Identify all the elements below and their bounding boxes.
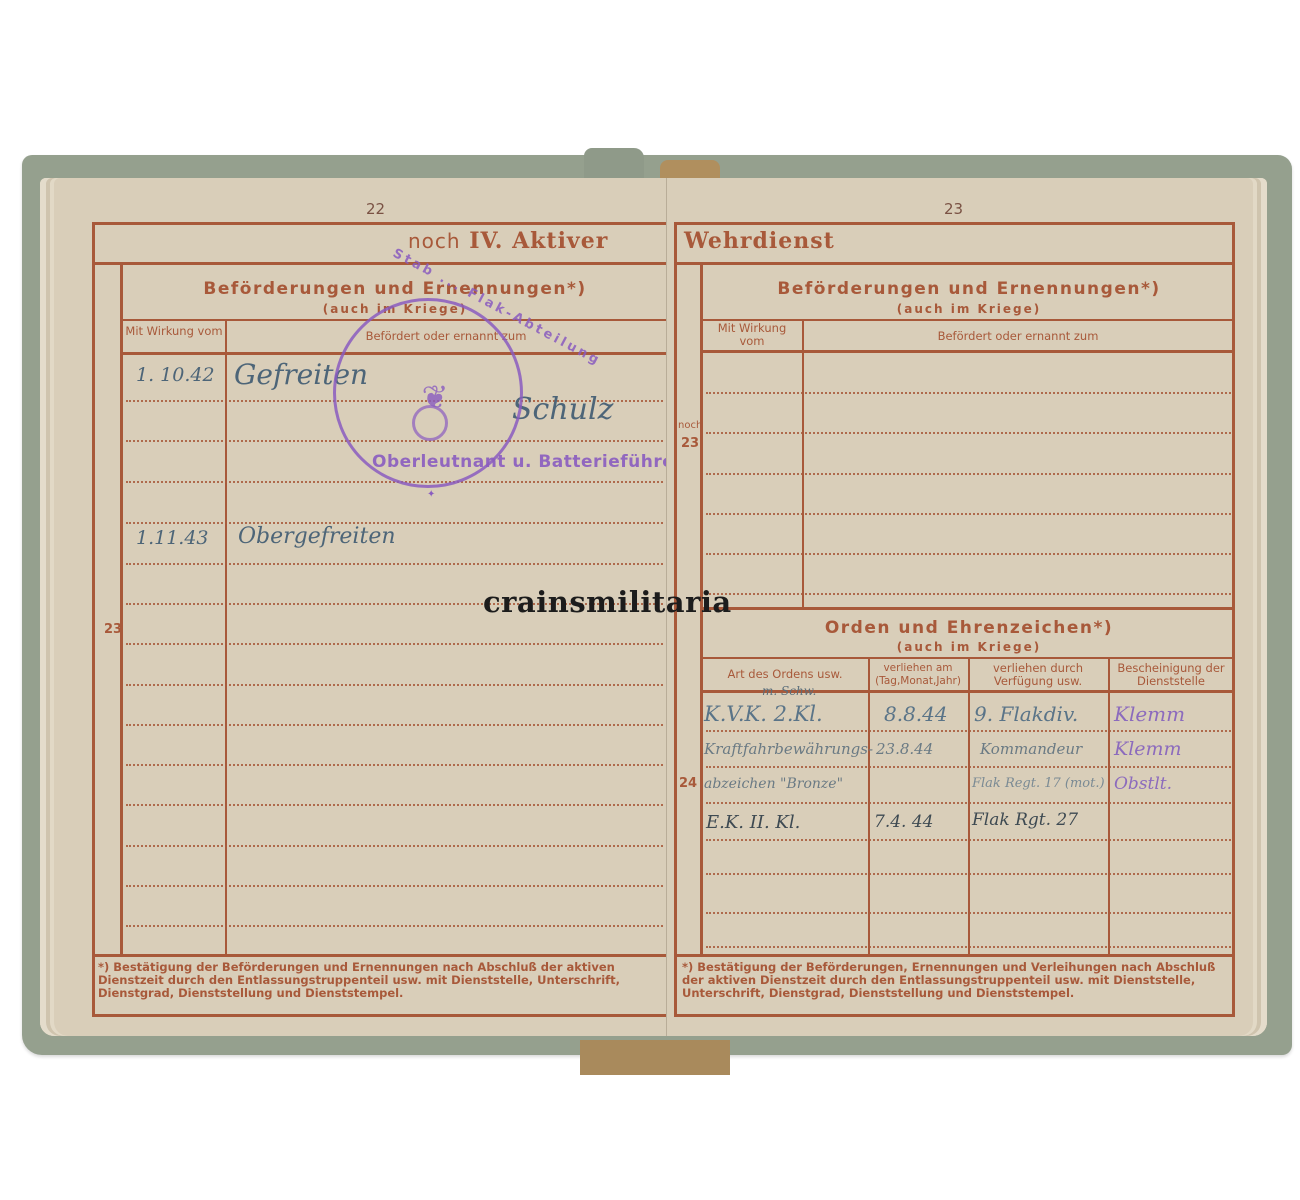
row-line	[706, 912, 1231, 914]
entry-date-2: 1.11.43	[136, 527, 209, 549]
row-line	[706, 553, 1231, 555]
row-line	[706, 873, 1231, 875]
award-2-cert: Klemm	[1114, 738, 1182, 760]
award-annotation: m. Schw.	[762, 684, 816, 698]
award-2-cert-cont: Obstlt.	[1114, 774, 1172, 794]
right-col-header-rank: Befördert oder ernannt zum	[804, 330, 1232, 343]
row-line	[706, 730, 1231, 732]
award-2-by-cont: Flak Regt. 17 (mot.)	[972, 776, 1105, 791]
left-header-title: noch IV. Aktiver	[408, 228, 608, 254]
row-line	[706, 946, 1231, 948]
left-side-number: 23	[104, 622, 122, 637]
entry-signature-1: Schulz	[512, 392, 613, 427]
right-header-title: Wehrdienst	[684, 228, 835, 254]
row-line	[706, 432, 1231, 434]
decorations-side-number: 24	[679, 776, 697, 791]
left-header-divider	[92, 262, 667, 265]
decorations-col-divider-1	[868, 658, 870, 954]
right-footnote-divider	[674, 954, 1235, 957]
stamp-officer-line: Oberleutnant u. Batterieführer	[372, 452, 683, 472]
right-col-header-date: Mit Wirkung vom	[704, 322, 800, 348]
entry-date-1: 1. 10.42	[136, 364, 215, 386]
award-2-name: Kraftfahrbewährungs-	[704, 740, 873, 758]
award-2-by: Kommandeur	[980, 740, 1082, 758]
award-3-by: Flak Rgt. 27	[972, 810, 1078, 830]
award-3-date: 7.4. 44	[874, 812, 933, 832]
row-line	[706, 839, 1231, 841]
row-line	[706, 766, 1231, 768]
left-section-title: Beförderungen und Ernennungen*)	[123, 279, 667, 299]
decorations-col-divider-2	[968, 658, 970, 954]
watermark-text: crainsmilitaria	[483, 585, 732, 619]
right-header-divider	[674, 262, 1235, 265]
decorations-subtitle: (auch im Kriege)	[703, 640, 1235, 654]
decorations-col-date: verliehen am (Tag,Monat,Jahr)	[870, 662, 966, 688]
spine-bottom	[580, 1040, 730, 1075]
decorations-col-cert: Bescheinigung der Dienststelle	[1110, 662, 1232, 688]
row-line	[126, 885, 663, 887]
award-1-by: 9. Flakdiv.	[974, 702, 1078, 726]
page-number-23: 23	[944, 200, 963, 218]
row-line	[706, 473, 1231, 475]
left-col-divider	[225, 320, 227, 954]
row-line	[126, 845, 663, 847]
decorations-col-by: verliehen durch Verfügung usw.	[970, 662, 1106, 688]
right-col-header-bottom	[702, 350, 1235, 353]
decorations-divider	[702, 607, 1235, 610]
award-3-name: E.K. II. Kl.	[706, 812, 800, 833]
stamp-star-icon: ✦	[427, 489, 435, 500]
entry-rank-2: Obergefreiten	[238, 524, 396, 549]
row-line	[126, 563, 663, 565]
row-line	[126, 643, 663, 645]
left-col-header-date: Mit Wirkung vom	[124, 325, 224, 338]
row-line	[126, 724, 663, 726]
award-1-date: 8.8.44	[884, 702, 948, 726]
right-col-divider	[802, 320, 804, 608]
row-line	[706, 802, 1231, 804]
right-side-number: 23	[681, 436, 699, 451]
row-line	[126, 684, 663, 686]
decorations-title: Orden und Ehrenzeichen*)	[703, 618, 1235, 638]
award-1-name: K.V.K. 2.Kl.	[704, 702, 823, 726]
row-line	[126, 804, 663, 806]
left-side-margin-line	[120, 264, 123, 954]
row-line	[126, 925, 663, 927]
row-line	[126, 764, 663, 766]
spine-tear-top-right	[660, 160, 720, 180]
right-side-noch: noch	[678, 420, 702, 431]
page-number-22: 22	[366, 200, 385, 218]
row-line	[706, 593, 1231, 595]
award-2-date: 23.8.44	[876, 740, 933, 758]
award-1-cert: Klemm	[1114, 702, 1185, 726]
row-line	[706, 392, 1231, 394]
wreath-emblem-icon	[412, 405, 448, 441]
right-section-subtitle: (auch im Kriege)	[703, 302, 1235, 316]
right-footnote: *) Bestätigung der Beförderungen, Ernenn…	[682, 961, 1230, 1000]
award-2-name-cont: abzeichen "Bronze"	[704, 776, 843, 792]
left-footnote: *) Bestätigung der Beförderungen und Ern…	[98, 961, 660, 1000]
right-section-title: Beförderungen und Ernennungen*)	[703, 279, 1235, 299]
left-footnote-divider	[92, 954, 667, 957]
spine-tear-top	[584, 148, 644, 178]
row-line	[706, 513, 1231, 515]
decorations-col-divider-3	[1108, 658, 1110, 954]
decorations-col-award: Art des Ordens usw.	[704, 668, 866, 681]
